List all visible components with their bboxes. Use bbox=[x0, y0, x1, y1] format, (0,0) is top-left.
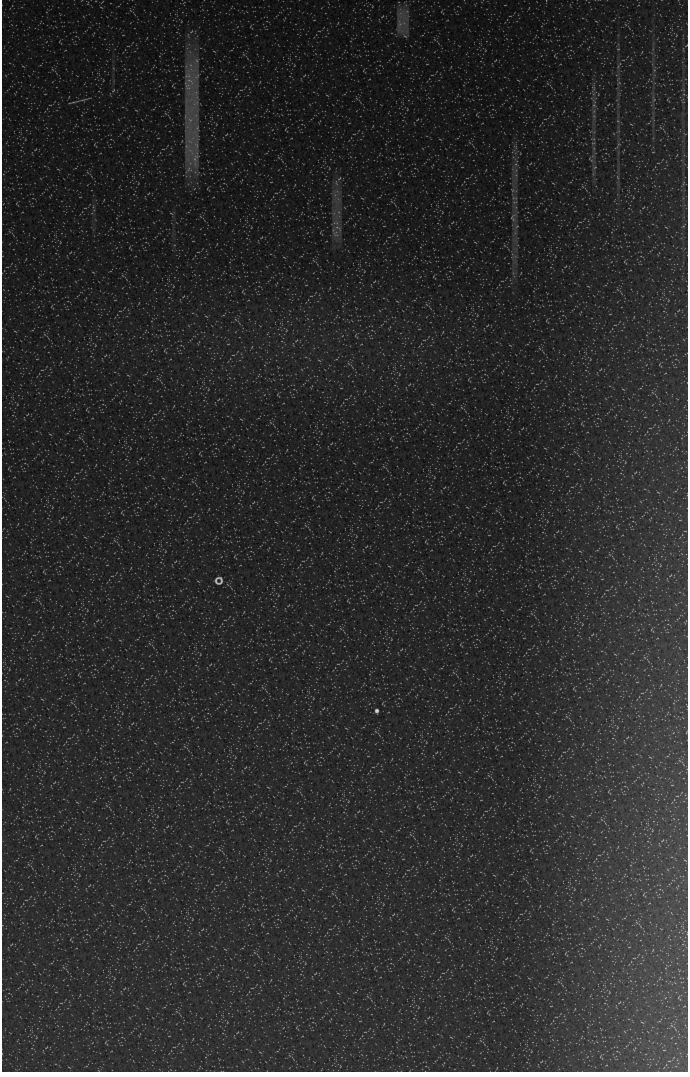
grain-texture-canvas bbox=[2, 0, 688, 1072]
scanned-texture-surface: Scanned dark grainy textured surface (bo… bbox=[0, 0, 690, 1077]
image-description: Scanned dark grainy textured surface (bo… bbox=[0, 0, 1, 1]
